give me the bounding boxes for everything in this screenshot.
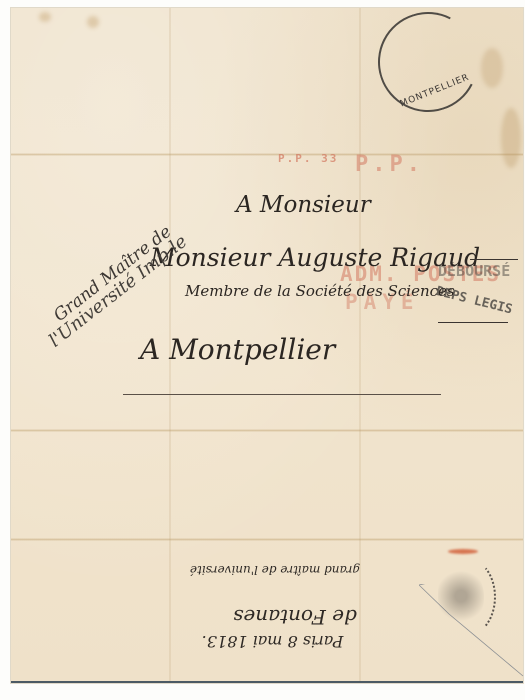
address-rule-1 [470,259,518,260]
docket-line-2: de Fontanes [225,605,365,629]
fold-line-vertical-right [359,8,361,681]
docket-line-3: Paris 8 mai 1813. [180,632,365,651]
address-line-1: A Monsieur [236,192,371,218]
fold-line-upper [11,153,523,156]
fold-line-middle [11,429,523,432]
red-stamp-pp: P.P. [355,152,424,177]
fold-line-lower [11,538,523,541]
address-underline [123,394,441,395]
age-stain [87,16,99,28]
address-line-2: Monsieur Auguste Rigaud [150,243,480,272]
address-line-3: Membre de la Société des Sciences [185,282,455,300]
address-rule-2 [438,322,508,323]
wax-seal-trace [448,549,478,554]
age-stain [481,48,503,88]
age-stain [39,12,51,22]
red-stamp-pp-small: P.P. 33 [278,152,338,165]
docket-line-1: grand maître de l'université [175,563,375,577]
age-stain [501,108,521,168]
address-line-4: A Montpellier [140,333,335,366]
circular-postmark-bottom [440,558,496,636]
